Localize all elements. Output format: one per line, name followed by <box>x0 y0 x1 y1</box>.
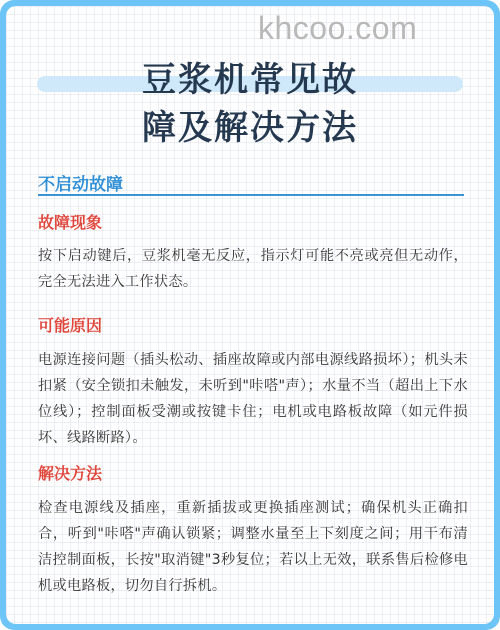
page-title: 豆浆机常见故 障及解决方法 <box>6 56 494 152</box>
watermark: khcoo.com <box>258 10 417 47</box>
content-card: khcoo.com 豆浆机常见故 障及解决方法 不启动故障 故障现象 按下启动键… <box>6 6 494 624</box>
text-solutions: 检查电源线及插座，重新插拔或更换插座测试；确保机头正确扣合，听到"咔嗒"声确认锁… <box>38 495 468 599</box>
title-line-1: 豆浆机常见故 <box>6 56 494 104</box>
heading-solutions: 解决方法 <box>38 461 102 484</box>
heading-symptom: 故障现象 <box>38 210 102 233</box>
section-divider <box>38 194 464 196</box>
section-title: 不启动故障 <box>38 170 123 195</box>
card-frame: khcoo.com 豆浆机常见故 障及解决方法 不启动故障 故障现象 按下启动键… <box>0 0 500 630</box>
text-causes: 电源连接问题（插头松动、插座故障或内部电源线路损坏）；机头未扣紧（安全锁扣未触发… <box>38 347 468 451</box>
text-symptom: 按下启动键后，豆浆机毫无反应，指示灯可能不亮或亮但无动作，完全无法进入工作状态。 <box>38 243 468 295</box>
heading-causes: 可能原因 <box>38 313 102 336</box>
title-line-2: 障及解决方法 <box>6 104 494 152</box>
